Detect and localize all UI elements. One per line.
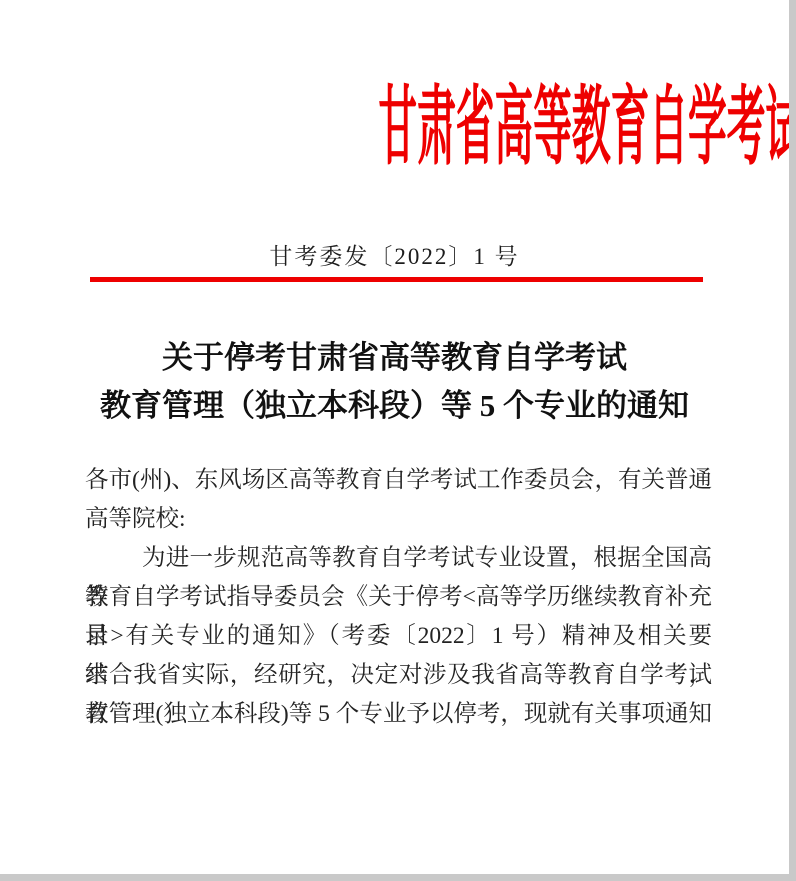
document-scan-view: 甘肃省高等教育自学考试委员会文件 甘考委发〔2022〕1 号 关于停考甘肃省高等… — [0, 0, 796, 881]
document-page: 甘肃省高等教育自学考试委员会文件 甘考委发〔2022〕1 号 关于停考甘肃省高等… — [0, 0, 789, 874]
body-line-salutation-end: 高等院校: — [85, 500, 712, 539]
notice-body: 各市(州)、东风场区高等教育自学考试工作委员会，有关普通 高等院校: 为进一步规… — [85, 461, 712, 734]
letterhead-banner: 甘肃省高等教育自学考试委员会文件 — [0, 80, 789, 175]
notice-title-line2: 教育管理（独立本科段）等 5 个专业的通知 — [0, 382, 789, 430]
body-line-salutation: 各市(州)、东风场区高等教育自学考试工作委员会，有关普通 — [85, 461, 712, 500]
notice-title: 关于停考甘肃省高等教育自学考试 教育管理（独立本科段）等 5 个专业的通知 — [0, 334, 789, 430]
notice-title-line1: 关于停考甘肃省高等教育自学考试 — [0, 334, 789, 382]
page-edge-bottom — [0, 874, 796, 881]
body-line-paragraph: 育管理(独立本科段)等 5 个专业予以停考，现就有关事项通知 — [85, 695, 712, 734]
body-line-paragraph: 为进一步规范高等教育自学考试专业设置，根据全国高等 — [85, 539, 712, 578]
body-line-paragraph: 教育自学考试指导委员会《关于停考<高等学历继续教育补充目 — [85, 578, 712, 617]
page-edge-right — [789, 0, 796, 881]
red-separator-line — [90, 277, 703, 282]
letterhead-title: 甘肃省高等教育自学考试委员会文件 — [378, 80, 796, 175]
body-line-paragraph: 结合我省实际，经研究，决定对涉及我省高等教育自学考试教 — [85, 656, 712, 695]
document-number: 甘考委发〔2022〕1 号 — [0, 243, 789, 271]
body-line-paragraph: 录>有关专业的通知》（考委〔2022〕1 号）精神及相关要求， — [85, 617, 712, 656]
